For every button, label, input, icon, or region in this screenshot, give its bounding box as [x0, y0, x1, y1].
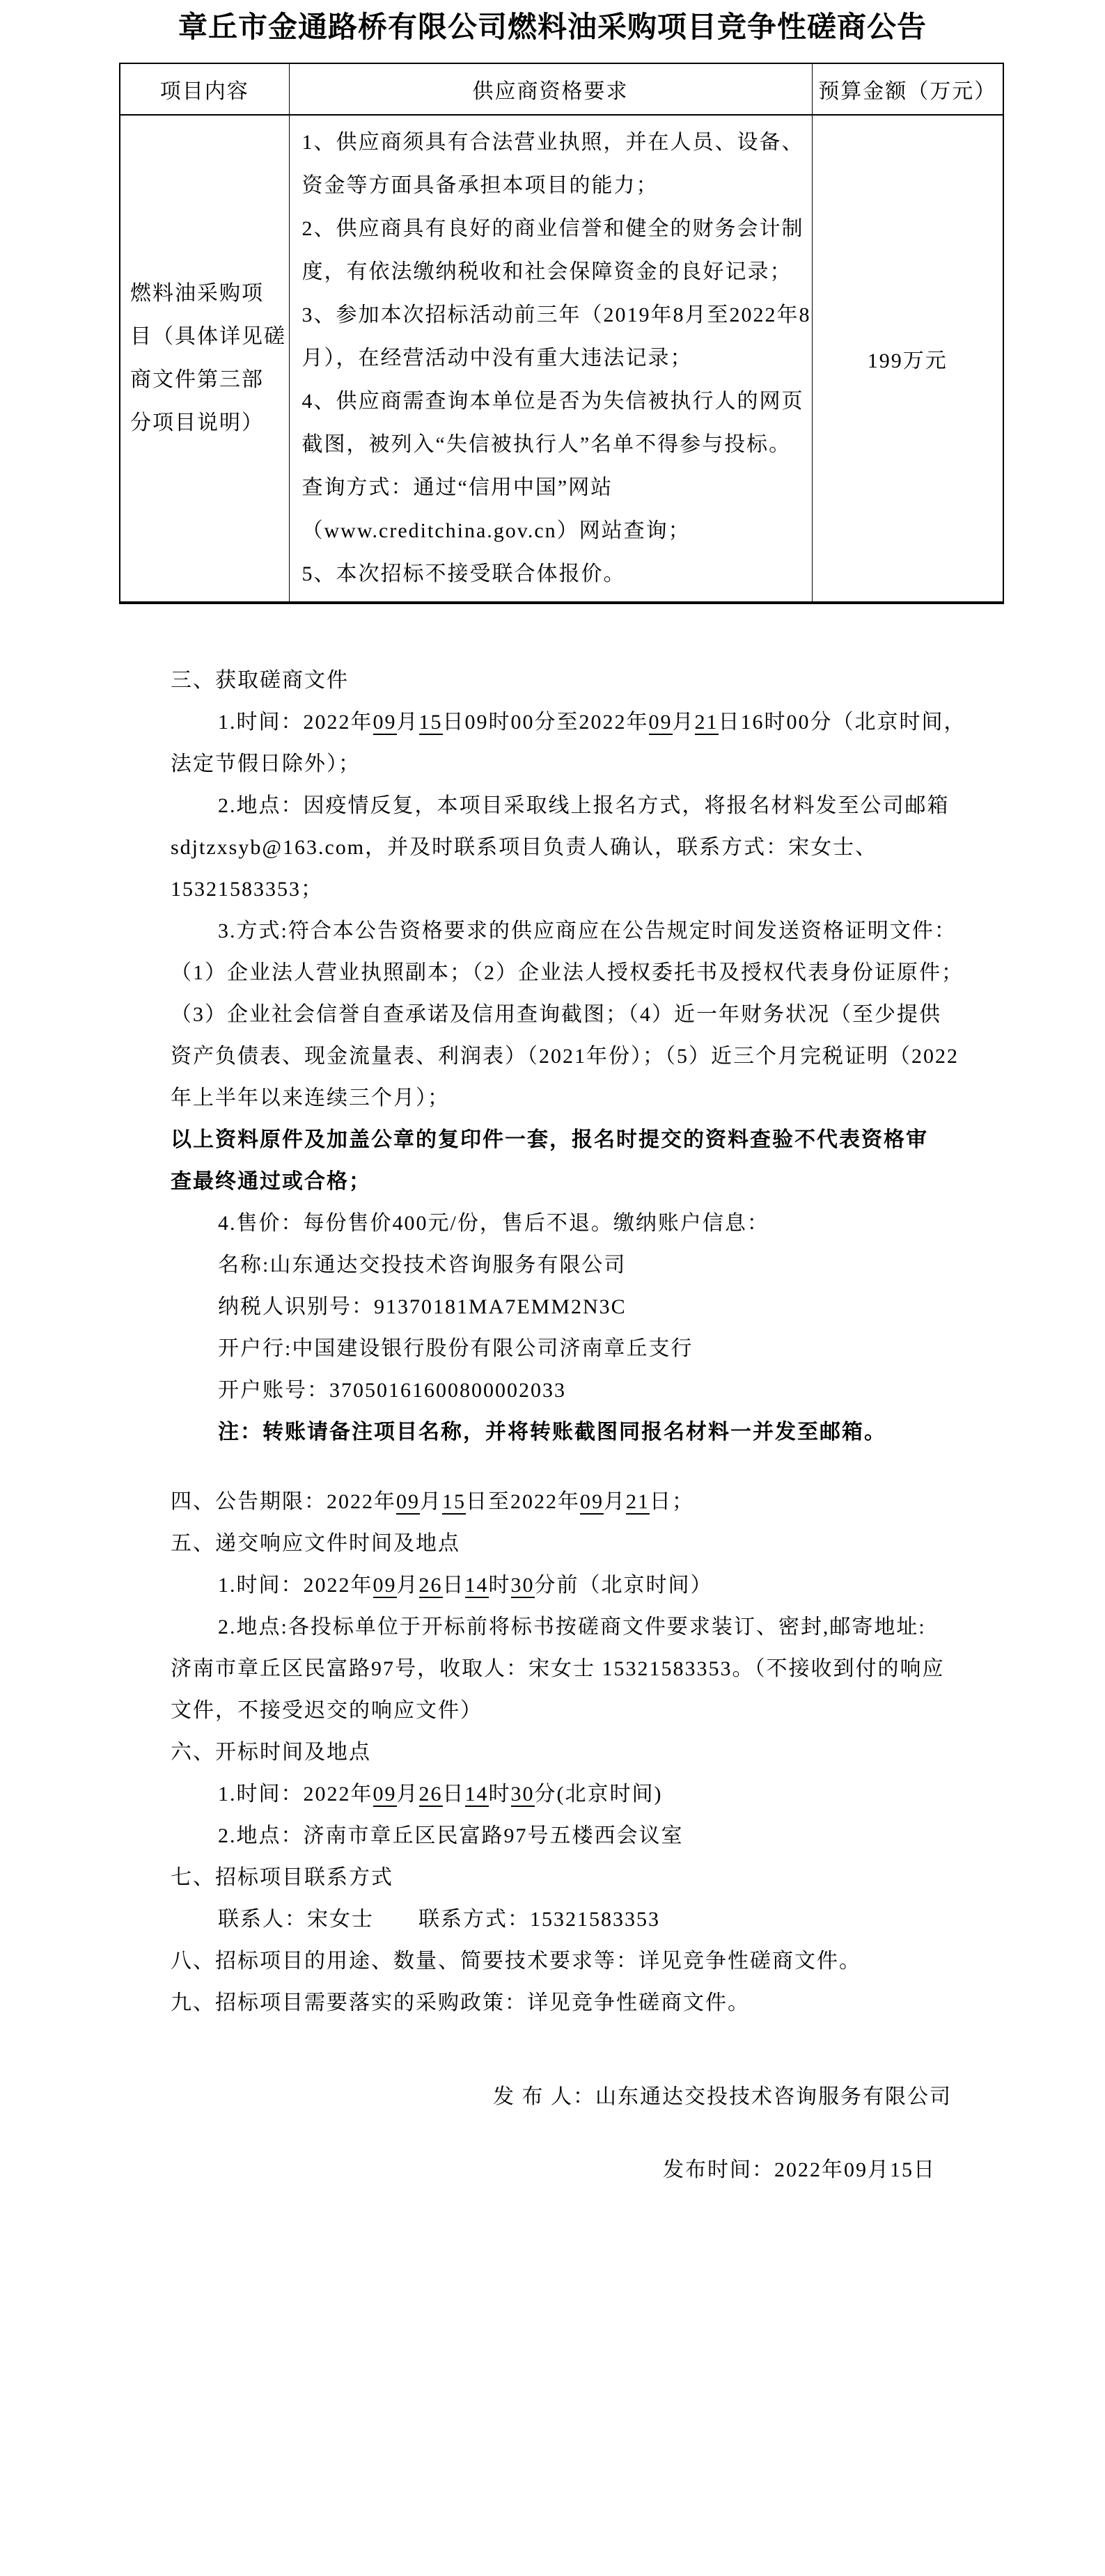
underlined-text: 26	[419, 1574, 443, 1598]
text-line: （1）企业法人营业执照副本；（2）企业法人授权委托书及授权代表身份证原件；	[171, 952, 1035, 994]
text-line: 开户账号：37050161600800002033	[171, 1370, 1035, 1412]
text-line: 1.时间：2022年09月26日14时30分(北京时间)	[171, 1773, 1035, 1815]
text-segment: 1.时间：2022年	[218, 711, 373, 734]
text-segment: （3）企业社会信誉自查承诺及信用查询截图；（4）近一年财务状况（至少提供	[171, 1003, 941, 1026]
text-segment: 济南市章丘区民富路97号，收取人：宋女士 15321583353。（不接收到付的…	[171, 1657, 945, 1680]
underlined-text: 30	[511, 1574, 535, 1598]
text-line: 4.售价：每份售价400元/份，售后不退。缴纳账户信息：	[171, 1203, 1035, 1244]
col-header-project-content: 项目内容	[120, 63, 289, 115]
text-line: 1、供应商须具有合法营业执照，并在人员、设备、	[302, 121, 802, 164]
text-segment: 燃料油采购项	[130, 282, 264, 305]
text-segment: 日；	[650, 1490, 694, 1513]
text-segment: 名称:山东通达交投技术咨询服务有限公司	[218, 1254, 626, 1277]
text-segment: 月	[420, 1490, 442, 1513]
text-line: 月），在经营活动中没有重大违法记录；	[302, 337, 802, 380]
text-line: 资产负债表、现金流量表、利润表）（2021年份）；（5）近三个月完税证明（202…	[171, 1036, 1035, 1077]
text-segment: 2.地点:各投标单位于开标前将标书按磋商文件要求装订、密封,邮寄地址:	[218, 1615, 926, 1638]
requirement-lines: 1、供应商须具有合法营业执照，并在人员、设备、资金等方面具备承担本项目的能力；2…	[302, 121, 802, 596]
text-segment: 七、招标项目联系方式	[171, 1866, 393, 1889]
text-line: 年上半年以来连续三个月）；	[171, 1077, 1035, 1119]
text-segment: 以上资料原件及加盖公章的复印件一套，报名时提交的资料查验不代表资格审	[171, 1128, 928, 1151]
text-segment: 4.售价：每份售价400元/份，售后不退。缴纳账户信息：	[218, 1212, 769, 1235]
text-line: 分项目说明）	[130, 402, 285, 445]
text-line: 15321583353；	[171, 869, 1035, 910]
text-segment: 文件，不接受迟交的响应文件）	[171, 1699, 483, 1722]
text-segment: 月	[397, 1574, 419, 1597]
text-segment: 1.时间：2022年	[218, 1783, 373, 1805]
text-line: 文件，不接受迟交的响应文件）	[171, 1690, 1035, 1732]
text-segment: 分前（北京时间）	[535, 1574, 713, 1597]
text-segment: （1）企业法人营业执照副本；（2）企业法人授权委托书及授权代表身份证原件；	[171, 961, 964, 984]
text-segment: 纳税人识别号：91370181MA7EMM2N3C	[218, 1295, 627, 1318]
text-line: 查询方式：通过“信用中国”网站	[302, 466, 802, 509]
text-line: 1.时间：2022年09月15日09时00分至2022年09月21日16时00分…	[171, 702, 1035, 743]
text-segment: （www.creditchina.gov.cn）网站查询；	[302, 519, 691, 542]
text-line: 燃料油采购项	[130, 272, 285, 315]
cell-budget-amount: 199万元	[812, 115, 1003, 603]
text-segment: 开户账号：37050161600800002033	[218, 1379, 566, 1402]
text-line: 联系人：宋女士 联系方式：15321583353	[171, 1899, 1035, 1941]
text-segment: 分(北京时间)	[535, 1783, 663, 1805]
text-segment: 时	[489, 1574, 511, 1597]
text-segment: 4、供应商需查询本单位是否为失信被执行人的网页	[302, 390, 804, 413]
text-line: 七、招标项目联系方式	[171, 1857, 1035, 1899]
text-segment: 月	[673, 711, 695, 734]
underlined-text: 14	[465, 1574, 489, 1598]
underlined-text: 09	[373, 711, 397, 735]
text-line: 4、供应商需查询本单位是否为失信被执行人的网页	[302, 380, 802, 423]
text-line: 2.地点：因疫情反复，本项目采取线上报名方式，将报名材料发至公司邮箱	[171, 785, 1035, 827]
underlined-text: 09	[373, 1574, 397, 1598]
text-line: 法定节假日除外）；	[171, 743, 1035, 785]
text-segment: 三、获取磋商文件	[171, 669, 349, 692]
text-line: 三、获取磋商文件	[171, 660, 1035, 702]
text-segment: 开户行:中国建设银行股份有限公司济南章丘支行	[218, 1337, 693, 1360]
col-header-budget: 预算金额（万元）	[812, 63, 1003, 115]
project-name-lines: 燃料油采购项目（具体详见磋商文件第三部分项目说明）	[130, 272, 285, 445]
text-line: 度，有依法缴纳税收和社会保障资金的良好记录；	[302, 251, 802, 294]
text-segment: 年上半年以来连续三个月）；	[171, 1086, 450, 1109]
text-line: 目（具体详见磋	[130, 315, 285, 358]
text-segment: 3、参加本次招标活动前三年（2019年8月至2022年8	[302, 303, 811, 326]
underlined-text: 30	[511, 1783, 535, 1807]
cell-project-name: 燃料油采购项目（具体详见磋商文件第三部分项目说明）	[120, 115, 289, 603]
text-segment: 1、供应商须具有合法营业执照，并在人员、设备、	[302, 131, 804, 154]
text-line: 2.地点:各投标单位于开标前将标书按磋商文件要求装订、密封,邮寄地址:	[171, 1606, 1035, 1648]
text-line: （www.creditchina.gov.cn）网站查询；	[302, 509, 802, 553]
underlined-text: 21	[695, 711, 719, 735]
text-segment: 日	[443, 1574, 465, 1597]
text-line: 纳税人识别号：91370181MA7EMM2N3C	[171, 1286, 1035, 1328]
text-line: 济南市章丘区民富路97号，收取人：宋女士 15321583353。（不接收到付的…	[171, 1648, 1035, 1690]
underlined-text: 09	[580, 1490, 604, 1515]
text-segment: 商文件第三部	[130, 368, 264, 391]
underlined-text: 09	[396, 1490, 420, 1515]
col-header-supplier-requirements: 供应商资格要求	[289, 63, 812, 115]
publish-time-line: 发布时间：2022年09月15日	[0, 2149, 1105, 2191]
underlined-text: 15	[419, 711, 443, 735]
text-segment: 注：转账请备注项目名称，并将转账截图同报名材料一并发至邮箱。	[218, 1421, 886, 1444]
text-segment: 法定节假日除外）；	[171, 752, 361, 775]
text-line: 注：转账请备注项目名称，并将转账截图同报名材料一并发至邮箱。	[171, 1412, 1035, 1453]
text-line: 截图，被列入“失信被执行人”名单不得参与投标。	[302, 423, 802, 466]
page-title: 章丘市金通路桥有限公司燃料油采购项目竞争性磋商公告	[0, 0, 1105, 46]
text-segment: 分项目说明）	[130, 411, 264, 434]
text-segment: 截图，被列入“失信被执行人”名单不得参与投标。	[302, 433, 792, 456]
text-line: 名称:山东通达交投技术咨询服务有限公司	[171, 1244, 1035, 1286]
text-segment: sdjtzxsyb@163.com，并及时联系项目负责人确认，联系方式：宋女士、	[171, 836, 877, 859]
text-line: 2.地点：济南市章丘区民富路97号五楼西会议室	[171, 1815, 1035, 1857]
text-segment: 5、本次招标不接受联合体报价。	[302, 562, 626, 585]
underlined-text: 15	[442, 1490, 466, 1515]
text-segment: 五、递交响应文件时间及地点	[171, 1532, 460, 1555]
text-segment: 查最终通过或合格；	[171, 1170, 371, 1193]
text-segment: 四、公告期限：2022年	[171, 1490, 396, 1513]
text-segment: 3.方式:符合本公告资格要求的供应商应在公告规定时间发送资格证明文件：	[218, 919, 957, 942]
text-segment: 2.地点：因疫情反复，本项目采取线上报名方式，将报名材料发至公司邮箱	[218, 794, 950, 817]
text-line: 九、招标项目需要落实的采购政策：详见竞争性磋商文件。	[171, 1982, 1035, 2024]
text-segment: 资产负债表、现金流量表、利润表）（2021年份）；（5）近三个月完税证明（202…	[171, 1045, 959, 1068]
text-segment: 月），在经营活动中没有重大违法记录；	[302, 347, 693, 370]
text-segment: 目（具体详见磋	[130, 325, 286, 348]
text-line: 5、本次招标不接受联合体报价。	[302, 553, 802, 596]
project-table: 项目内容 供应商资格要求 预算金额（万元） 燃料油采购项目（具体详见磋商文件第三…	[119, 63, 1004, 604]
text-segment: 日09时00分至2022年	[443, 711, 649, 734]
text-segment: 度，有依法缴纳税收和社会保障资金的良好记录；	[302, 260, 792, 283]
text-line: 资金等方面具备承担本项目的能力；	[302, 164, 802, 207]
text-segment: 日	[443, 1783, 465, 1805]
text-line: 六、开标时间及地点	[171, 1732, 1035, 1773]
text-line: 查最终通过或合格；	[171, 1161, 1035, 1203]
text-segment: 八、招标项目的用途、数量、简要技术要求等：详见竞争性磋商文件。	[171, 1950, 861, 1973]
underlined-text: 14	[465, 1783, 489, 1807]
text-segment: 月	[397, 1783, 419, 1805]
text-segment: 2、供应商具有良好的商业信誉和健全的财务会计制	[302, 217, 804, 240]
text-segment: 2.地点：济南市章丘区民富路97号五楼西会议室	[218, 1824, 684, 1847]
text-line: 3.方式:符合本公告资格要求的供应商应在公告规定时间发送资格证明文件：	[171, 910, 1035, 952]
text-line: 五、递交响应文件时间及地点	[171, 1523, 1035, 1565]
text-line: 开户行:中国建设银行股份有限公司济南章丘支行	[171, 1328, 1035, 1370]
table-body-row: 燃料油采购项目（具体详见磋商文件第三部分项目说明） 1、供应商须具有合法营业执照…	[120, 115, 1003, 603]
text-line: （3）企业社会信誉自查承诺及信用查询截图；（4）近一年财务状况（至少提供	[171, 994, 1035, 1036]
text-line: 商文件第三部	[130, 358, 285, 402]
text-line: 八、招标项目的用途、数量、简要技术要求等：详见竞争性磋商文件。	[171, 1941, 1035, 1982]
underlined-text: 09	[373, 1783, 397, 1807]
text-segment: 日至2022年	[466, 1490, 580, 1513]
text-segment: 15321583353；	[171, 878, 323, 901]
text-line: 以上资料原件及加盖公章的复印件一套，报名时提交的资料查验不代表资格审	[171, 1119, 1035, 1161]
table-header-row: 项目内容 供应商资格要求 预算金额（万元）	[120, 63, 1003, 115]
text-segment: 月	[604, 1490, 626, 1513]
text-line: 四、公告期限：2022年09月15日至2022年09月21日；	[171, 1481, 1035, 1523]
text-segment: 六、开标时间及地点	[171, 1741, 371, 1764]
underlined-text: 09	[649, 711, 673, 735]
text-segment: 时	[489, 1783, 511, 1805]
text-segment: 资金等方面具备承担本项目的能力；	[302, 174, 659, 197]
text-segment: 日16时00分（北京时间，	[719, 711, 966, 734]
text-line: 3、参加本次招标活动前三年（2019年8月至2022年8	[302, 294, 802, 337]
body-section: 三、获取磋商文件1.时间：2022年09月15日09时00分至2022年09月2…	[171, 660, 1035, 2024]
text-segment: 九、招标项目需要落实的采购政策：详见竞争性磋商文件。	[171, 1991, 750, 2014]
text-segment: 1.时间：2022年	[218, 1574, 373, 1597]
text-line: 1.时间：2022年09月26日14时30分前（北京时间）	[171, 1565, 1035, 1606]
underlined-text: 26	[419, 1783, 443, 1807]
text-segment: 月	[397, 711, 419, 734]
publisher-line: 发 布 人：山东通达交投技术咨询服务有限公司	[0, 2076, 1105, 2118]
text-segment: 查询方式：通过“信用中国”网站	[302, 476, 613, 499]
text-line: sdjtzxsyb@163.com，并及时联系项目负责人确认，联系方式：宋女士、	[171, 827, 1035, 869]
cell-supplier-requirements: 1、供应商须具有合法营业执照，并在人员、设备、资金等方面具备承担本项目的能力；2…	[289, 115, 812, 603]
underlined-text: 21	[626, 1490, 650, 1515]
text-segment: 联系人：宋女士 联系方式：15321583353	[218, 1908, 660, 1931]
document-page: 章丘市金通路桥有限公司燃料油采购项目竞争性磋商公告 项目内容 供应商资格要求 预…	[0, 0, 1105, 2576]
text-line: 2、供应商具有良好的商业信誉和健全的财务会计制	[302, 207, 802, 251]
